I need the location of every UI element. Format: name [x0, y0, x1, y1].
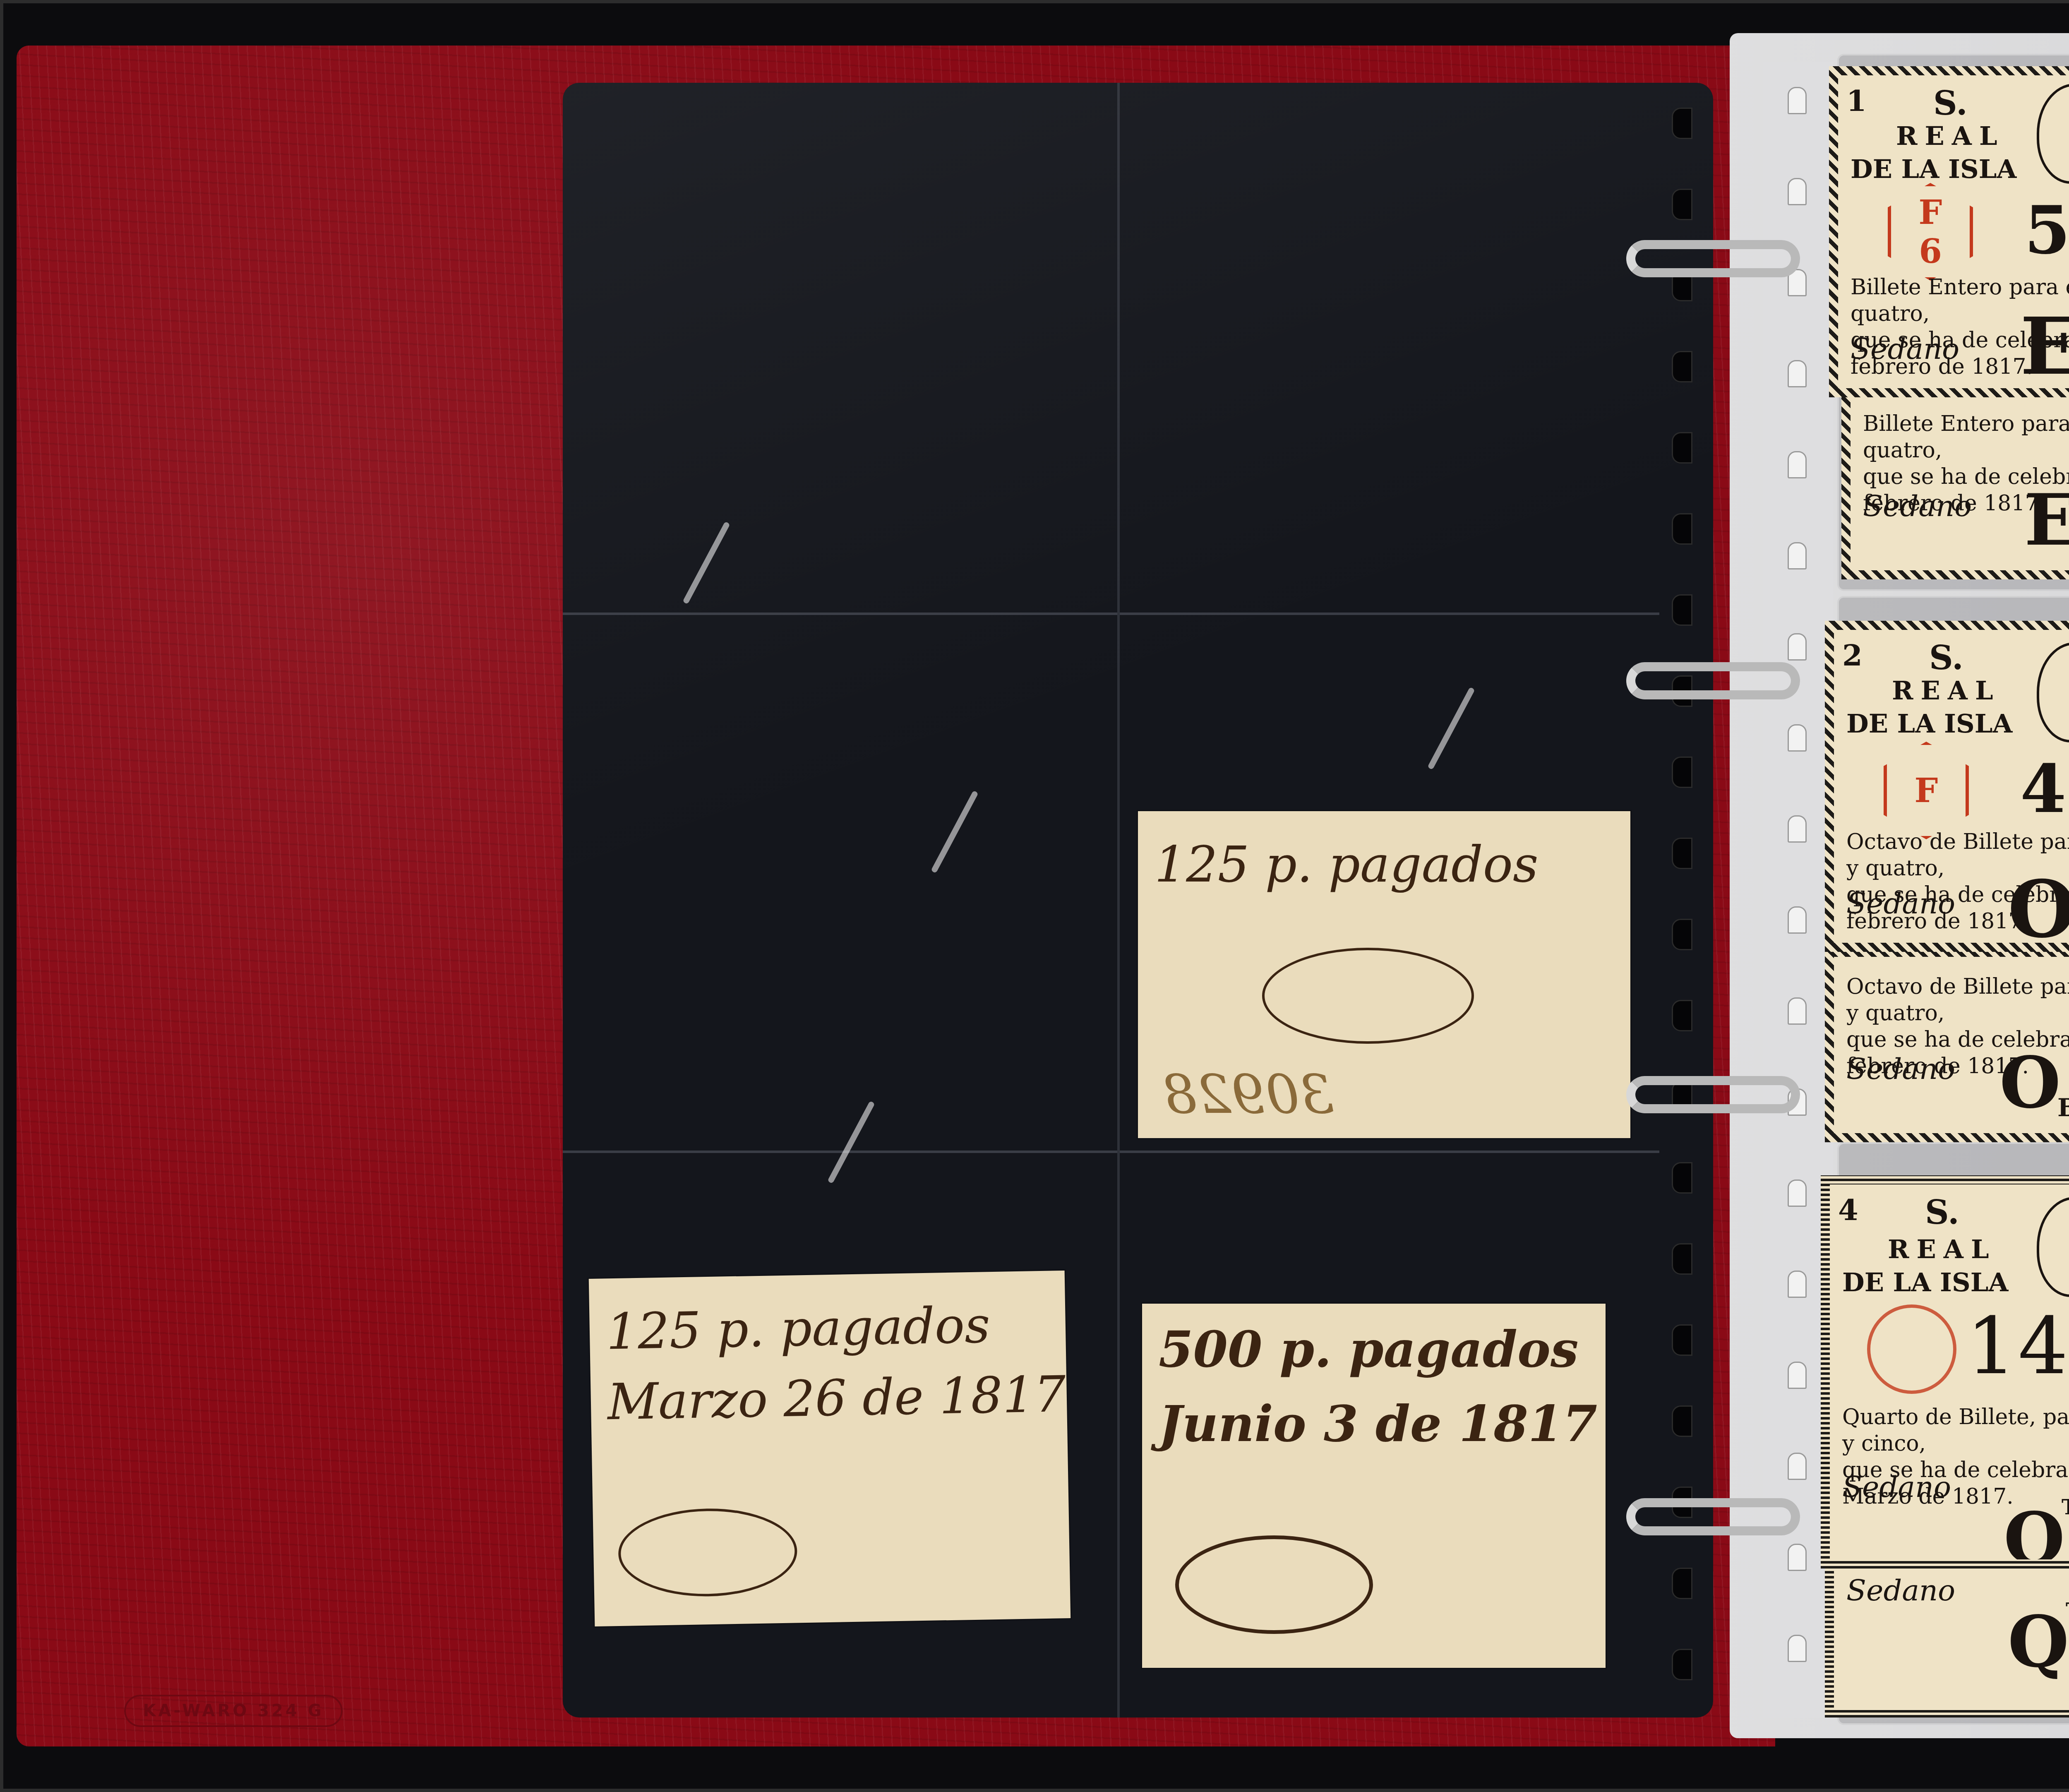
ticket-text: Quarto de Billete, para el Sorteo treint… — [1842, 1404, 2069, 1457]
ticket-text: Billete Entero para el sorteo treinta y … — [1863, 411, 2069, 464]
ticket-number: 14097 — [1966, 1300, 2069, 1392]
binder-ring — [1626, 240, 1800, 277]
punch-holes — [1672, 108, 1697, 1680]
ticket-text: Q — [2008, 1607, 2069, 1677]
punch-hole — [1672, 1405, 1692, 1437]
seal-stamp — [1867, 1304, 1956, 1394]
sleeve-hole — [1788, 1544, 1807, 1571]
sleeve-hole — [1788, 178, 1807, 205]
signature-flourish — [1262, 948, 1474, 1044]
ticket-text: DE LA ISLA — [1846, 709, 2012, 739]
ticket-text: Octavo de Billete para el sorteo treinta… — [1846, 973, 2069, 1026]
ticket-text: Sedano — [1846, 1573, 1955, 1607]
punch-hole — [1672, 513, 1692, 545]
ticket-text: S. — [1933, 84, 1968, 123]
sleeve-hole — [1788, 360, 1807, 387]
ticket-text: B — [2057, 1093, 2069, 1122]
binder-ring — [1626, 662, 1800, 699]
cover-emboss-mark: KA-WARO 324 G — [124, 1695, 343, 1727]
royal-crest-icon — [2037, 642, 2069, 742]
sleeve-hole — [1788, 87, 1807, 114]
ticket-text: S. — [1925, 1193, 1959, 1232]
receipt-slip[interactable]: 500 p. pagados Junio 3 de 1817 — [1142, 1304, 1606, 1668]
punch-hole — [1672, 108, 1692, 139]
punch-hole — [1672, 1243, 1692, 1275]
ticket-text: REAL — [1892, 675, 2000, 706]
lottery-ticket-behind[interactable]: Octavo de Billete para el sorteo treinta… — [1825, 948, 2069, 1142]
sleeve-hole — [1788, 542, 1807, 569]
ticket-text: O — [1999, 1048, 2061, 1118]
sleeve-hole — [1788, 1635, 1807, 1662]
punch-hole — [1672, 189, 1692, 220]
royal-crest-icon — [2037, 1197, 2069, 1297]
ticket-text: REAL — [1896, 121, 2004, 151]
receipt-slip[interactable]: 125 p. pagados Marzo 26 de 1817 — [589, 1271, 1071, 1626]
ticket-text: S. — [1929, 638, 1963, 677]
punch-hole — [1672, 594, 1692, 626]
lottery-ticket-behind[interactable]: Billete Entero para el sorteo treinta y … — [1841, 385, 2069, 579]
punch-hole — [1672, 1162, 1692, 1194]
bleed-through-number: 30928 — [1163, 1063, 1334, 1126]
punch-hole — [1672, 757, 1692, 788]
sleeve-hole — [1788, 1271, 1807, 1298]
ticket-text: Junio 3 de 1817 — [1159, 1395, 1597, 1453]
sleeve-hole — [1788, 1362, 1807, 1389]
hex-control-stamp: F — [1884, 742, 1969, 839]
ticket-text: Sedano — [1863, 489, 1972, 523]
ticket-text: F — [1915, 771, 1938, 810]
sleeve-hole — [1788, 451, 1807, 478]
ticket-text: 125 p. pagados — [606, 1297, 991, 1361]
ticket-text: DE LA ISLA — [1842, 1267, 2008, 1297]
ticket-text: E — [2024, 485, 2069, 555]
punch-hole — [1672, 1324, 1692, 1356]
signature: Sedano — [1851, 332, 1959, 366]
series-letter: E — [2020, 307, 2069, 386]
royal-crest-icon — [2037, 84, 2069, 184]
hex-control-stamp: F6 — [1888, 183, 1973, 281]
ticket-text: REAL — [1888, 1234, 1996, 1264]
ticket-text: 2 — [1842, 638, 1863, 673]
binder-ring — [1626, 1498, 1800, 1535]
signature: Sedano — [1842, 1470, 1951, 1504]
binder-ring — [1626, 1076, 1800, 1113]
lottery-ticket[interactable]: 1 S. 34. REAL DE LA ISLA LOTERIA DE CUBA… — [1829, 66, 2069, 397]
punch-hole — [1672, 1649, 1692, 1680]
series-letter: O — [2008, 870, 2069, 949]
signature: Sedano — [1846, 886, 1955, 920]
ticket-text: 4 — [1838, 1193, 1858, 1227]
punch-hole — [1672, 919, 1692, 950]
sleeve-hole — [1788, 997, 1807, 1025]
ticket-text: TO. — [2062, 1495, 2069, 1519]
ticket-number: 52 — [2024, 191, 2069, 269]
signature-flourish — [618, 1507, 798, 1598]
sleeve-hole — [1788, 1453, 1807, 1480]
punch-hole — [1672, 1568, 1692, 1599]
ticket-text: 1 — [1846, 84, 1867, 118]
lottery-ticket[interactable]: 4 S. 35. REAL DE LA ISLA LOTERIA DE CUBA… — [1821, 1175, 2069, 1569]
receipt-slip[interactable]: 125 p. pagados 30928 — [1138, 811, 1630, 1138]
punch-hole — [1672, 838, 1692, 869]
ticket-number: 4411 — [2020, 750, 2069, 828]
ticket-text: Sedano — [1846, 1052, 1955, 1086]
punch-hole — [1672, 432, 1692, 464]
lottery-ticket[interactable]: 2 S. 34. REAL DE LA ISLA LOTERIA DE CUBA… — [1825, 621, 2069, 952]
sleeve-hole — [1788, 724, 1807, 752]
punch-hole — [1672, 1000, 1692, 1031]
ticket-text: Marzo 26 de 1817 — [607, 1366, 1066, 1431]
signature-flourish — [1175, 1535, 1373, 1634]
sleeve-hole — [1788, 906, 1807, 934]
ticket-text: DE LA ISLA — [1851, 154, 2016, 184]
ticket-text: 6 — [1919, 232, 1942, 271]
lottery-ticket-behind[interactable]: Sedano Q TO. B 835 B — [1825, 1560, 2069, 1718]
series-letter: Q — [2004, 1503, 2065, 1569]
sleeve-hole — [1788, 633, 1807, 661]
ticket-text: 500 p. pagados — [1159, 1320, 1579, 1379]
sleeve-hole — [1788, 1179, 1807, 1207]
sleeve-hole — [1788, 815, 1807, 843]
ticket-text: F — [1919, 193, 1942, 232]
ticket-text: TO. — [2066, 1598, 2069, 1623]
ticket-text: 125 p. pagados — [1155, 836, 1539, 894]
punch-hole — [1672, 351, 1692, 382]
